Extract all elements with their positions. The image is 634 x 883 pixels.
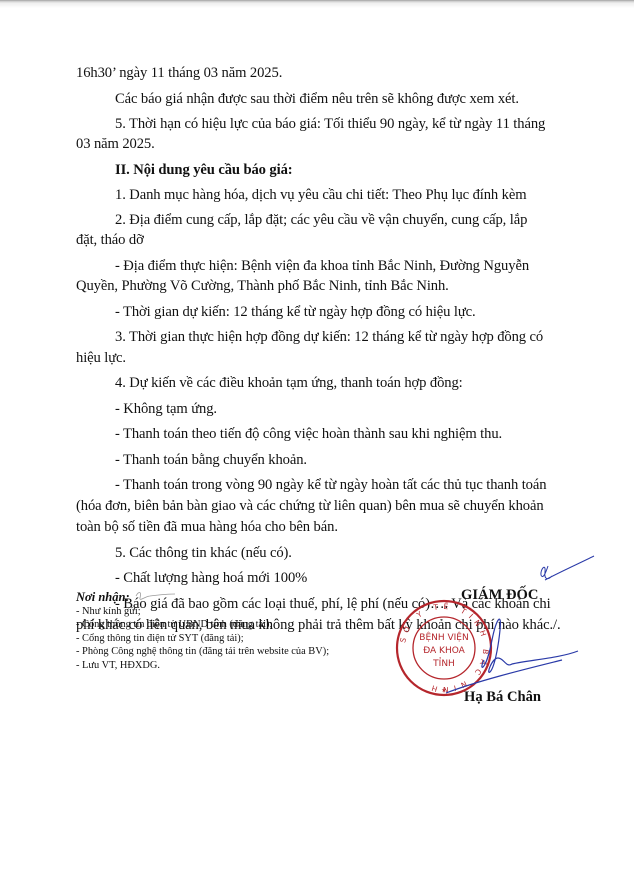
svg-text:ĐA KHOA: ĐA KHOA bbox=[423, 646, 465, 656]
svg-text:TỈNH: TỈNH bbox=[432, 657, 455, 669]
stamp-and-signatures: SỞ Y TẾ TỈNH BẮC NINH BỆNH VIỆN ĐA KHOA … bbox=[0, 0, 634, 883]
svg-text:★: ★ bbox=[441, 687, 446, 694]
recipients-initials-icon bbox=[136, 593, 175, 600]
document-page: 16h30’ ngày 11 tháng 03 năm 2025.Các báo… bbox=[0, 0, 634, 883]
official-stamp-icon: SỞ Y TẾ TỈNH BẮC NINH BỆNH VIỆN ĐA KHOA … bbox=[397, 601, 491, 695]
initials-signature-icon bbox=[541, 556, 594, 580]
svg-text:BỆNH VIỆN: BỆNH VIỆN bbox=[419, 631, 468, 643]
signer-name: Hạ Bá Chân bbox=[464, 689, 541, 706]
